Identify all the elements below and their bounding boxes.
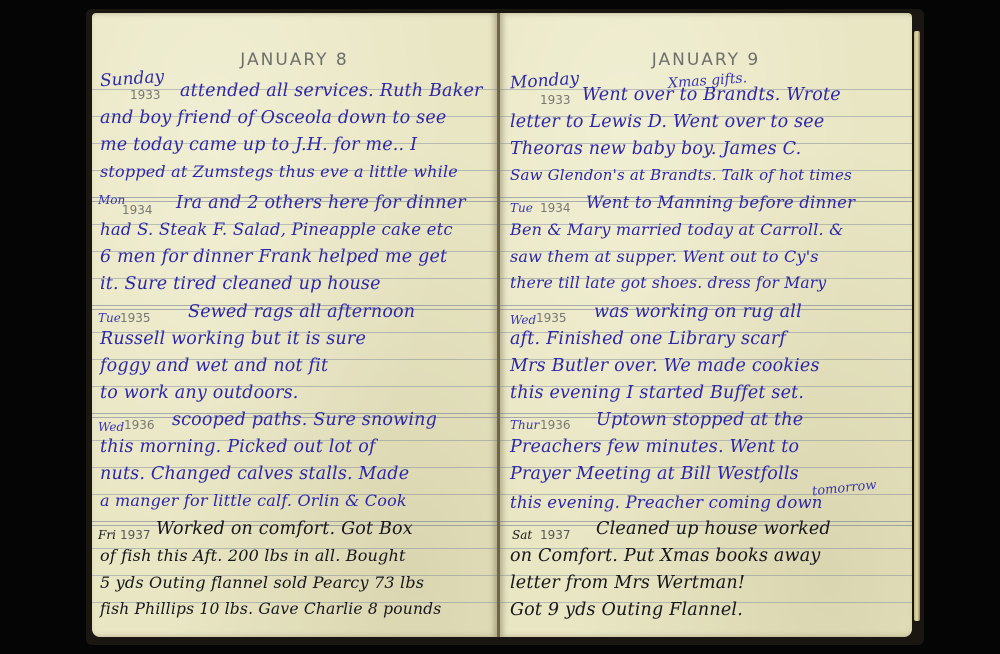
entry-line: on Comfort. Put Xmas books away [510,546,820,566]
page-edge [914,31,920,621]
entry-line: had S. Steak F. Salad, Pineapple cake et… [100,220,453,239]
entry-line: attended all services. Ruth Baker [180,81,483,101]
entry-line: Went over to Brandts. Wrote [582,85,841,105]
year-label: 1935 [120,311,151,325]
weekday-annotation: Wed [510,313,536,327]
entry-line: Theoras new baby boy. James C. [510,139,801,159]
entry-line: Saw Glendon's at Brandts. Talk of hot ti… [510,166,852,184]
entry-line: of fish this Aft. 200 lbs in all. Bought [100,546,406,565]
year-label: 1935 [536,311,567,325]
entry-line: letter from Mrs Wertman! [510,573,745,593]
entry-line: Prayer Meeting at Bill Westfolls [510,464,799,484]
entry-line: Sewed rags all afternoon [188,302,415,322]
entry-line: this evening. Preacher coming down [510,493,823,512]
year-label: 1937 [120,528,151,542]
year-label: 1934 [540,201,571,215]
entry-line: Went to Manning before dinner [586,193,855,212]
entry-line: Uptown stopped at the [596,410,803,430]
entry-line: Worked on comfort. Got Box [156,519,413,539]
entry-line: there till late got shoes. dress for Mar… [510,274,826,292]
entry-line: 6 men for dinner Frank helped me get [100,247,447,267]
entry-line: and boy friend of Osceola down to see [100,108,446,128]
weekday-annotation: Fri [98,528,116,542]
year-label: 1936 [540,418,571,432]
entry-line: stopped at Zumstegs thus eve a little wh… [100,162,458,181]
year-label: 1933 [540,93,571,107]
entry-line: aft. Finished one Library scarf [510,329,786,349]
ruled-lines [92,13,497,637]
left-page: JANUARY 8 Sunday 1933 attended all servi… [92,13,497,637]
entry-line: Got 9 yds Outing Flannel. [510,600,743,620]
page-date-header: JANUARY 9 [500,50,912,70]
year-label: 1933 [130,88,161,102]
weekday-annotation: Sat [512,528,532,542]
right-page: JANUARY 9 Monday Xmas gifts. 1933 Went o… [500,13,912,637]
entry-line: was working on rug all [594,302,802,322]
weekday-annotation: Tue [510,201,533,215]
year-label: 1934 [122,203,153,217]
entry-line: scooped paths. Sure snowing [172,410,437,430]
entry-line: to work any outdoors. [100,383,299,403]
entry-line: it. Sure tired cleaned up house [100,274,381,294]
entry-line: Preachers few minutes. Went to [510,437,799,457]
entry-line: Cleaned up house worked [596,519,831,539]
entry-line: this morning. Picked out lot of [100,437,376,457]
entry-line: Ben & Mary married today at Carroll. & [510,220,844,239]
entry-line: fish Phillips 10 lbs. Gave Charlie 8 pou… [100,600,441,618]
weekday-annotation: Thur [510,418,539,432]
entry-line: Russell working but it is sure [100,329,366,349]
entry-line: Ira and 2 others here for dinner [176,193,466,213]
entry-line: this evening I started Buffet set. [510,383,804,403]
year-label: 1936 [124,418,155,432]
year-label: 1937 [540,528,571,542]
entry-line: a manger for little calf. Orlin & Cook [100,491,407,510]
entry-line: letter to Lewis D. Went over to see [510,112,824,132]
weekday-annotation: Wed [98,420,124,434]
entry-line: foggy and wet and not fit [100,356,328,376]
entry-line: nuts. Changed calves stalls. Made [100,464,409,484]
entry-line: me today came up to J.H. for me.. I [100,135,417,155]
entry-line: Mrs Butler over. We made cookies [510,356,820,376]
entry-line: 5 yds Outing flannel sold Pearcy 73 lbs [100,573,424,592]
entry-line: saw them at supper. Went out to Cy's [510,247,819,266]
diary-book: JANUARY 8 Sunday 1933 attended all servi… [86,9,924,645]
weekday-annotation: Tue [98,311,121,325]
